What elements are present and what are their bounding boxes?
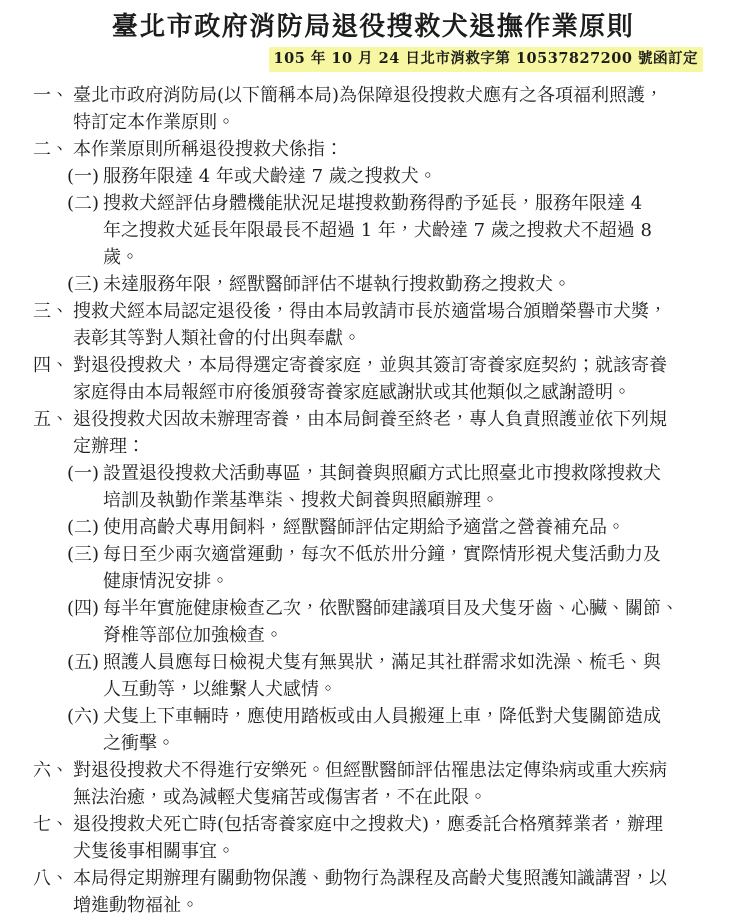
article-item-3: 三、 搜救犬經本局認定退役後，得由本局敦請市長於適當場合頒贈榮譽市犬獎， 表彰其… xyxy=(33,298,713,352)
subitem-text: 服務年限達 4 年或犬齡達 7 歲之搜救犬。 xyxy=(103,163,713,190)
subitem-text: 未達服務年限，經獸醫師評估不堪執行搜救勤務之搜救犬。 xyxy=(103,271,713,298)
subitem-text: 使用高齡犬專用飼料，經獸醫師評估定期給予適當之營養補充品。 xyxy=(103,514,713,541)
article-item-8: 八、 本局得定期辦理有關動物保護、動物行為課程及高齡犬隻照護知識講習，以 增進動… xyxy=(33,865,713,919)
item-marker: 八、 xyxy=(33,865,73,892)
document-page: 臺北市政府消防局退役搜救犬退撫作業原則 105 年 10 月 24 日北市消救字… xyxy=(0,0,731,921)
item-marker: 二、 xyxy=(33,136,73,163)
subitem-text: 犬隻上下車輛時，應使用踏板或由人員搬運上車，降低對犬隻關節造成 之衝擊。 xyxy=(103,703,713,757)
item-marker: 三、 xyxy=(33,298,73,325)
article-item-5: 五、 退役搜救犬因故未辦理寄養，由本局飼養至終老，專人負責照護並依下列規 定辦理… xyxy=(33,406,713,460)
item-text: 退役搜救犬死亡時(包括寄養家庭中之搜救犬)，應委託合格殯葬業者，辦理 犬隻後事相… xyxy=(73,811,713,865)
article-item-5-sub-4: (四) 每半年實施健康檢查乙次，依獸醫師建議項目及犬隻牙齒、心臟、關節、 脊椎等… xyxy=(67,595,713,649)
document-body: 一、 臺北市政府消防局(以下簡稱本局)為保障退役搜救犬應有之各項福利照護， 特訂… xyxy=(33,82,713,919)
page-title: 臺北市政府消防局退役搜救犬退撫作業原則 xyxy=(33,10,713,44)
article-item-2-sub-2: (二) 搜救犬經評估身體機能狀況足堪搜救勤務得酌予延長，服務年限達 4 年之搜救… xyxy=(67,190,713,271)
subitem-marker: (五) xyxy=(67,649,103,676)
article-item-5-sub-6: (六) 犬隻上下車輛時，應使用踏板或由人員搬運上車，降低對犬隻關節造成 之衝擊。 xyxy=(67,703,713,757)
item-marker: 六、 xyxy=(33,757,73,784)
subitem-marker: (二) xyxy=(67,190,103,217)
subitem-marker: (三) xyxy=(67,541,103,568)
article-item-2: 二、 本作業原則所稱退役搜救犬係指： xyxy=(33,136,713,163)
article-item-5-sub-2: (二) 使用高齡犬專用飼料，經獸醫師評估定期給予適當之營養補充品。 xyxy=(67,514,713,541)
subitem-text: 設置退役搜救犬活動專區，其飼養與照顧方式比照臺北市搜救隊搜救犬 培訓及執勤作業基… xyxy=(103,460,713,514)
item-text: 本作業原則所稱退役搜救犬係指： xyxy=(73,136,713,163)
subitem-marker: (二) xyxy=(67,514,103,541)
subitem-text: 搜救犬經評估身體機能狀況足堪搜救勤務得酌予延長，服務年限達 4 年之搜救犬延長年… xyxy=(103,190,713,271)
article-item-2-sub-1: (一) 服務年限達 4 年或犬齡達 7 歲之搜救犬。 xyxy=(67,163,713,190)
item-marker: 四、 xyxy=(33,352,73,379)
issuance-note: 105 年 10 月 24 日北市消救字第 10537827200 號函訂定 xyxy=(269,47,703,72)
subitem-marker: (一) xyxy=(67,163,103,190)
subitem-text: 每半年實施健康檢查乙次，依獸醫師建議項目及犬隻牙齒、心臟、關節、 脊椎等部位加強… xyxy=(103,595,713,649)
item-text: 對退役搜救犬，本局得選定寄養家庭，並與其簽訂寄養家庭契約；就該寄養 家庭得由本局… xyxy=(73,352,713,406)
subitem-marker: (一) xyxy=(67,460,103,487)
article-item-2-sub-3: (三) 未達服務年限，經獸醫師評估不堪執行搜救勤務之搜救犬。 xyxy=(67,271,713,298)
item-text: 臺北市政府消防局(以下簡稱本局)為保障退役搜救犬應有之各項福利照護， 特訂定本作… xyxy=(73,82,713,136)
subitem-marker: (三) xyxy=(67,271,103,298)
subitem-marker: (四) xyxy=(67,595,103,622)
item-marker: 一、 xyxy=(33,82,73,109)
subitem-text: 照護人員應每日檢視犬隻有無異狀，滿足其社群需求如洗澡、梳毛、與 人互動等，以維繫… xyxy=(103,649,713,703)
subitem-text: 每日至少兩次適當運動，每次不低於卅分鐘，實際情形視犬隻活動力及 健康情況安排。 xyxy=(103,541,713,595)
article-item-4: 四、 對退役搜救犬，本局得選定寄養家庭，並與其簽訂寄養家庭契約；就該寄養 家庭得… xyxy=(33,352,713,406)
item-text: 本局得定期辦理有關動物保護、動物行為課程及高齡犬隻照護知識講習，以 增進動物福祉… xyxy=(73,865,713,919)
item-text: 退役搜救犬因故未辦理寄養，由本局飼養至終老，專人負責照護並依下列規 定辦理： xyxy=(73,406,713,460)
item-text: 搜救犬經本局認定退役後，得由本局敦請市長於適當場合頒贈榮譽市犬獎， 表彰其等對人… xyxy=(73,298,713,352)
item-text: 對退役搜救犬不得進行安樂死。但經獸醫師評估罹患法定傳染病或重大疾病 無法治癒，或… xyxy=(73,757,713,811)
article-item-6: 六、 對退役搜救犬不得進行安樂死。但經獸醫師評估罹患法定傳染病或重大疾病 無法治… xyxy=(33,757,713,811)
article-item-1: 一、 臺北市政府消防局(以下簡稱本局)為保障退役搜救犬應有之各項福利照護， 特訂… xyxy=(33,82,713,136)
article-item-5-sub-5: (五) 照護人員應每日檢視犬隻有無異狀，滿足其社群需求如洗澡、梳毛、與 人互動等… xyxy=(67,649,713,703)
article-item-5-sub-3: (三) 每日至少兩次適當運動，每次不低於卅分鐘，實際情形視犬隻活動力及 健康情況… xyxy=(67,541,713,595)
item-marker: 七、 xyxy=(33,811,73,838)
article-item-5-sub-1: (一) 設置退役搜救犬活動專區，其飼養與照顧方式比照臺北市搜救隊搜救犬 培訓及執… xyxy=(67,460,713,514)
issuance-row: 105 年 10 月 24 日北市消救字第 10537827200 號函訂定 xyxy=(33,47,703,72)
item-marker: 五、 xyxy=(33,406,73,433)
subitem-marker: (六) xyxy=(67,703,103,730)
article-item-7: 七、 退役搜救犬死亡時(包括寄養家庭中之搜救犬)，應委託合格殯葬業者，辦理 犬隻… xyxy=(33,811,713,865)
